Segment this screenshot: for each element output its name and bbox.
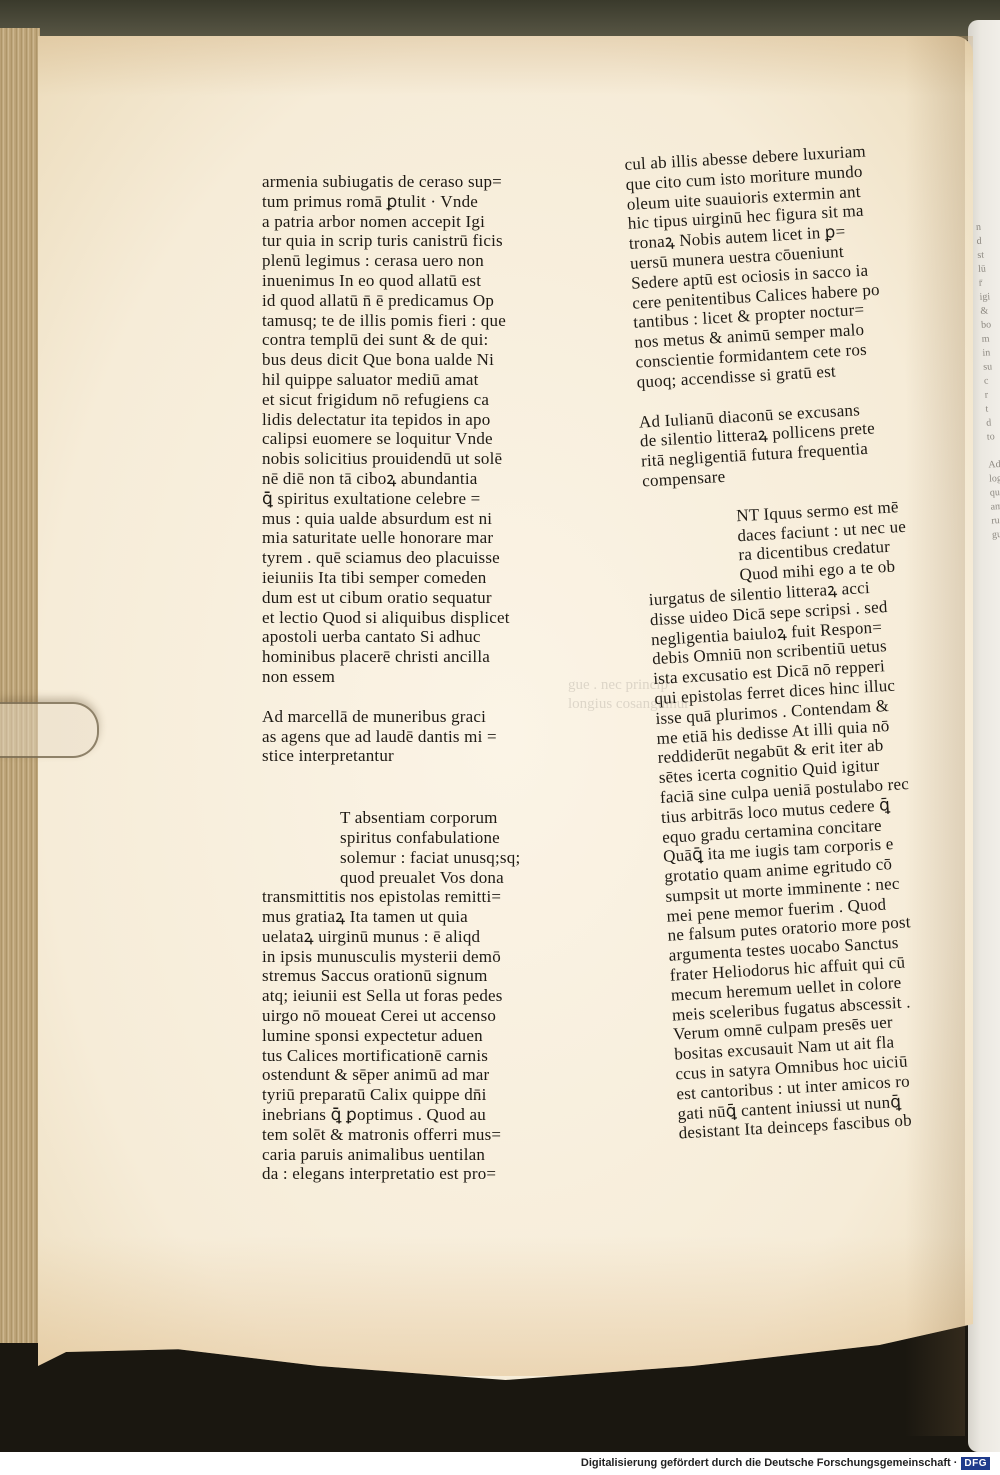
right-body-a: cul ab illis abesse debere luxuriam que …: [624, 139, 927, 392]
text-line: mia saturitate uelle honorare mar: [262, 528, 540, 548]
letter-heading-marcella: Ad marcellā de muneribus graci as agens …: [262, 707, 540, 766]
left-text-column: armenia subiugatis de ceraso sup= tum pr…: [262, 172, 540, 1184]
text-line: mus gratiaꝝ Ita tamen ut quia: [262, 907, 540, 927]
text-line: tyriū preparatū Calix quippe dn̄i: [262, 1085, 540, 1105]
text-line: plenū legimus : cerasa uero non: [262, 251, 540, 271]
text-line: tamusq; te de illis pomis fieri : que: [262, 311, 540, 331]
text-line: inebrians ꝗ̄ ꝑoptimus . Quod au: [262, 1105, 540, 1125]
left-body-a: armenia subiugatis de ceraso sup= tum pr…: [262, 172, 540, 687]
text-line: tus Calices mortificationē carnis: [262, 1046, 540, 1066]
text-line: inuenimus In eo quod allatū est: [262, 271, 540, 291]
text-line: in ipsis munusculis mysterii demō: [262, 947, 540, 967]
text-line: tum primus romā ꝑtulit · Vnde: [262, 192, 540, 212]
text-line: transmittitis nos epistolas remitti=: [262, 887, 540, 907]
text-line: non essem: [262, 667, 540, 687]
text-line: dum est ut cibum oratio sequatur: [262, 588, 540, 608]
dfg-logo-icon: DFG: [961, 1457, 990, 1470]
text-line: calipsi euomere se loquitur Vnde: [262, 429, 540, 449]
text-line: uelataꝝ uirginū munus : ē aliqd: [262, 927, 540, 947]
right-body-b: NT Iquus sermo est mē daces faciunt : ut…: [644, 495, 969, 1144]
text-line: hil quippe saluator mediū amat: [262, 370, 540, 390]
next-page-text-fragment: n d st lū r̄ igi & bo m in su c r t d to…: [976, 219, 1000, 542]
text-line: tyrem . quē sciamus deo placuisse: [262, 548, 540, 568]
text-line: bus deus dicit Que bona ualde Ni: [262, 350, 540, 370]
text-line: lumine sponsi expectetur aduen: [262, 1026, 540, 1046]
book-top-edge: [0, 0, 1000, 40]
text-line: ieiuniis Ita tibi semper comeden: [262, 568, 540, 588]
text-line: stremus Saccus orationū signum: [262, 966, 540, 986]
page-clamp: [0, 702, 99, 758]
page-stack-edge: [0, 28, 40, 1343]
text-line: et lectio Quod si aliquibus displicet: [262, 608, 540, 628]
text-line: ꝗ̄ spiritus exultatione celebre =: [262, 489, 540, 509]
funding-credit: Digitalisierung gefördert durch die Deut…: [581, 1453, 990, 1473]
text-line-initial-space: spiritus confabulatione: [262, 828, 540, 848]
text-line: uirgo nō moueat Cerei ut accenso: [262, 1006, 540, 1026]
text-line: et sicut frigidum nō refugiens ca: [262, 390, 540, 410]
text-line: nobis solicitius prouidendū ut solē: [262, 449, 540, 469]
text-line: tem solēt & matronis offerri mus=: [262, 1125, 540, 1145]
text-line-initial-space: T absentiam corporum: [262, 808, 540, 828]
heading-line: stice interpretantur: [262, 746, 540, 766]
left-body-b: T absentiam corporum spiritus confabulat…: [262, 808, 540, 1184]
funding-credit-text: Digitalisierung gefördert durch die Deut…: [581, 1457, 958, 1469]
text-line: apostoli uerba cantato Si adhuc: [262, 627, 540, 647]
text-line: lidis delectatur ita tepidos in apo: [262, 410, 540, 430]
text-line-initial-space: quod preualet Vos dona: [262, 868, 540, 888]
text-line: mus : quia ualde absurdum est ni: [262, 509, 540, 529]
text-line: armenia subiugatis de ceraso sup=: [262, 172, 540, 192]
text-line-initial-space: solemur : faciat unusq;sq;: [262, 848, 540, 868]
text-line: tur quia in scrip turis canistrū ficis: [262, 231, 540, 251]
book-scan: n d st lū r̄ igi & bo m in su c r t d to…: [0, 0, 1000, 1452]
right-text-column: cul ab illis abesse debere luxuriam que …: [624, 139, 969, 1144]
text-line: a patria arbor nomen accepit Igi: [262, 212, 540, 232]
text-line: ostendunt & sēper animū ad mar: [262, 1065, 540, 1085]
text-line: da : elegans interpretatio est pro=: [262, 1164, 540, 1184]
heading-line: as agens que ad laudē dantis mi =: [262, 727, 540, 747]
text-line: id quod allatū n̄ ē predicamus Op: [262, 291, 540, 311]
text-line: hominibus placerē christi ancilla: [262, 647, 540, 667]
text-line: contra templū dei sunt & de qui:: [262, 330, 540, 350]
text-line: caria paruis animalibus uentilan: [262, 1145, 540, 1165]
text-line: nē diē non tā ciboꝝ abundantia: [262, 469, 540, 489]
text-line: atq; ieiunii est Sella ut foras pedes: [262, 986, 540, 1006]
heading-line: Ad marcellā de muneribus graci: [262, 707, 540, 727]
